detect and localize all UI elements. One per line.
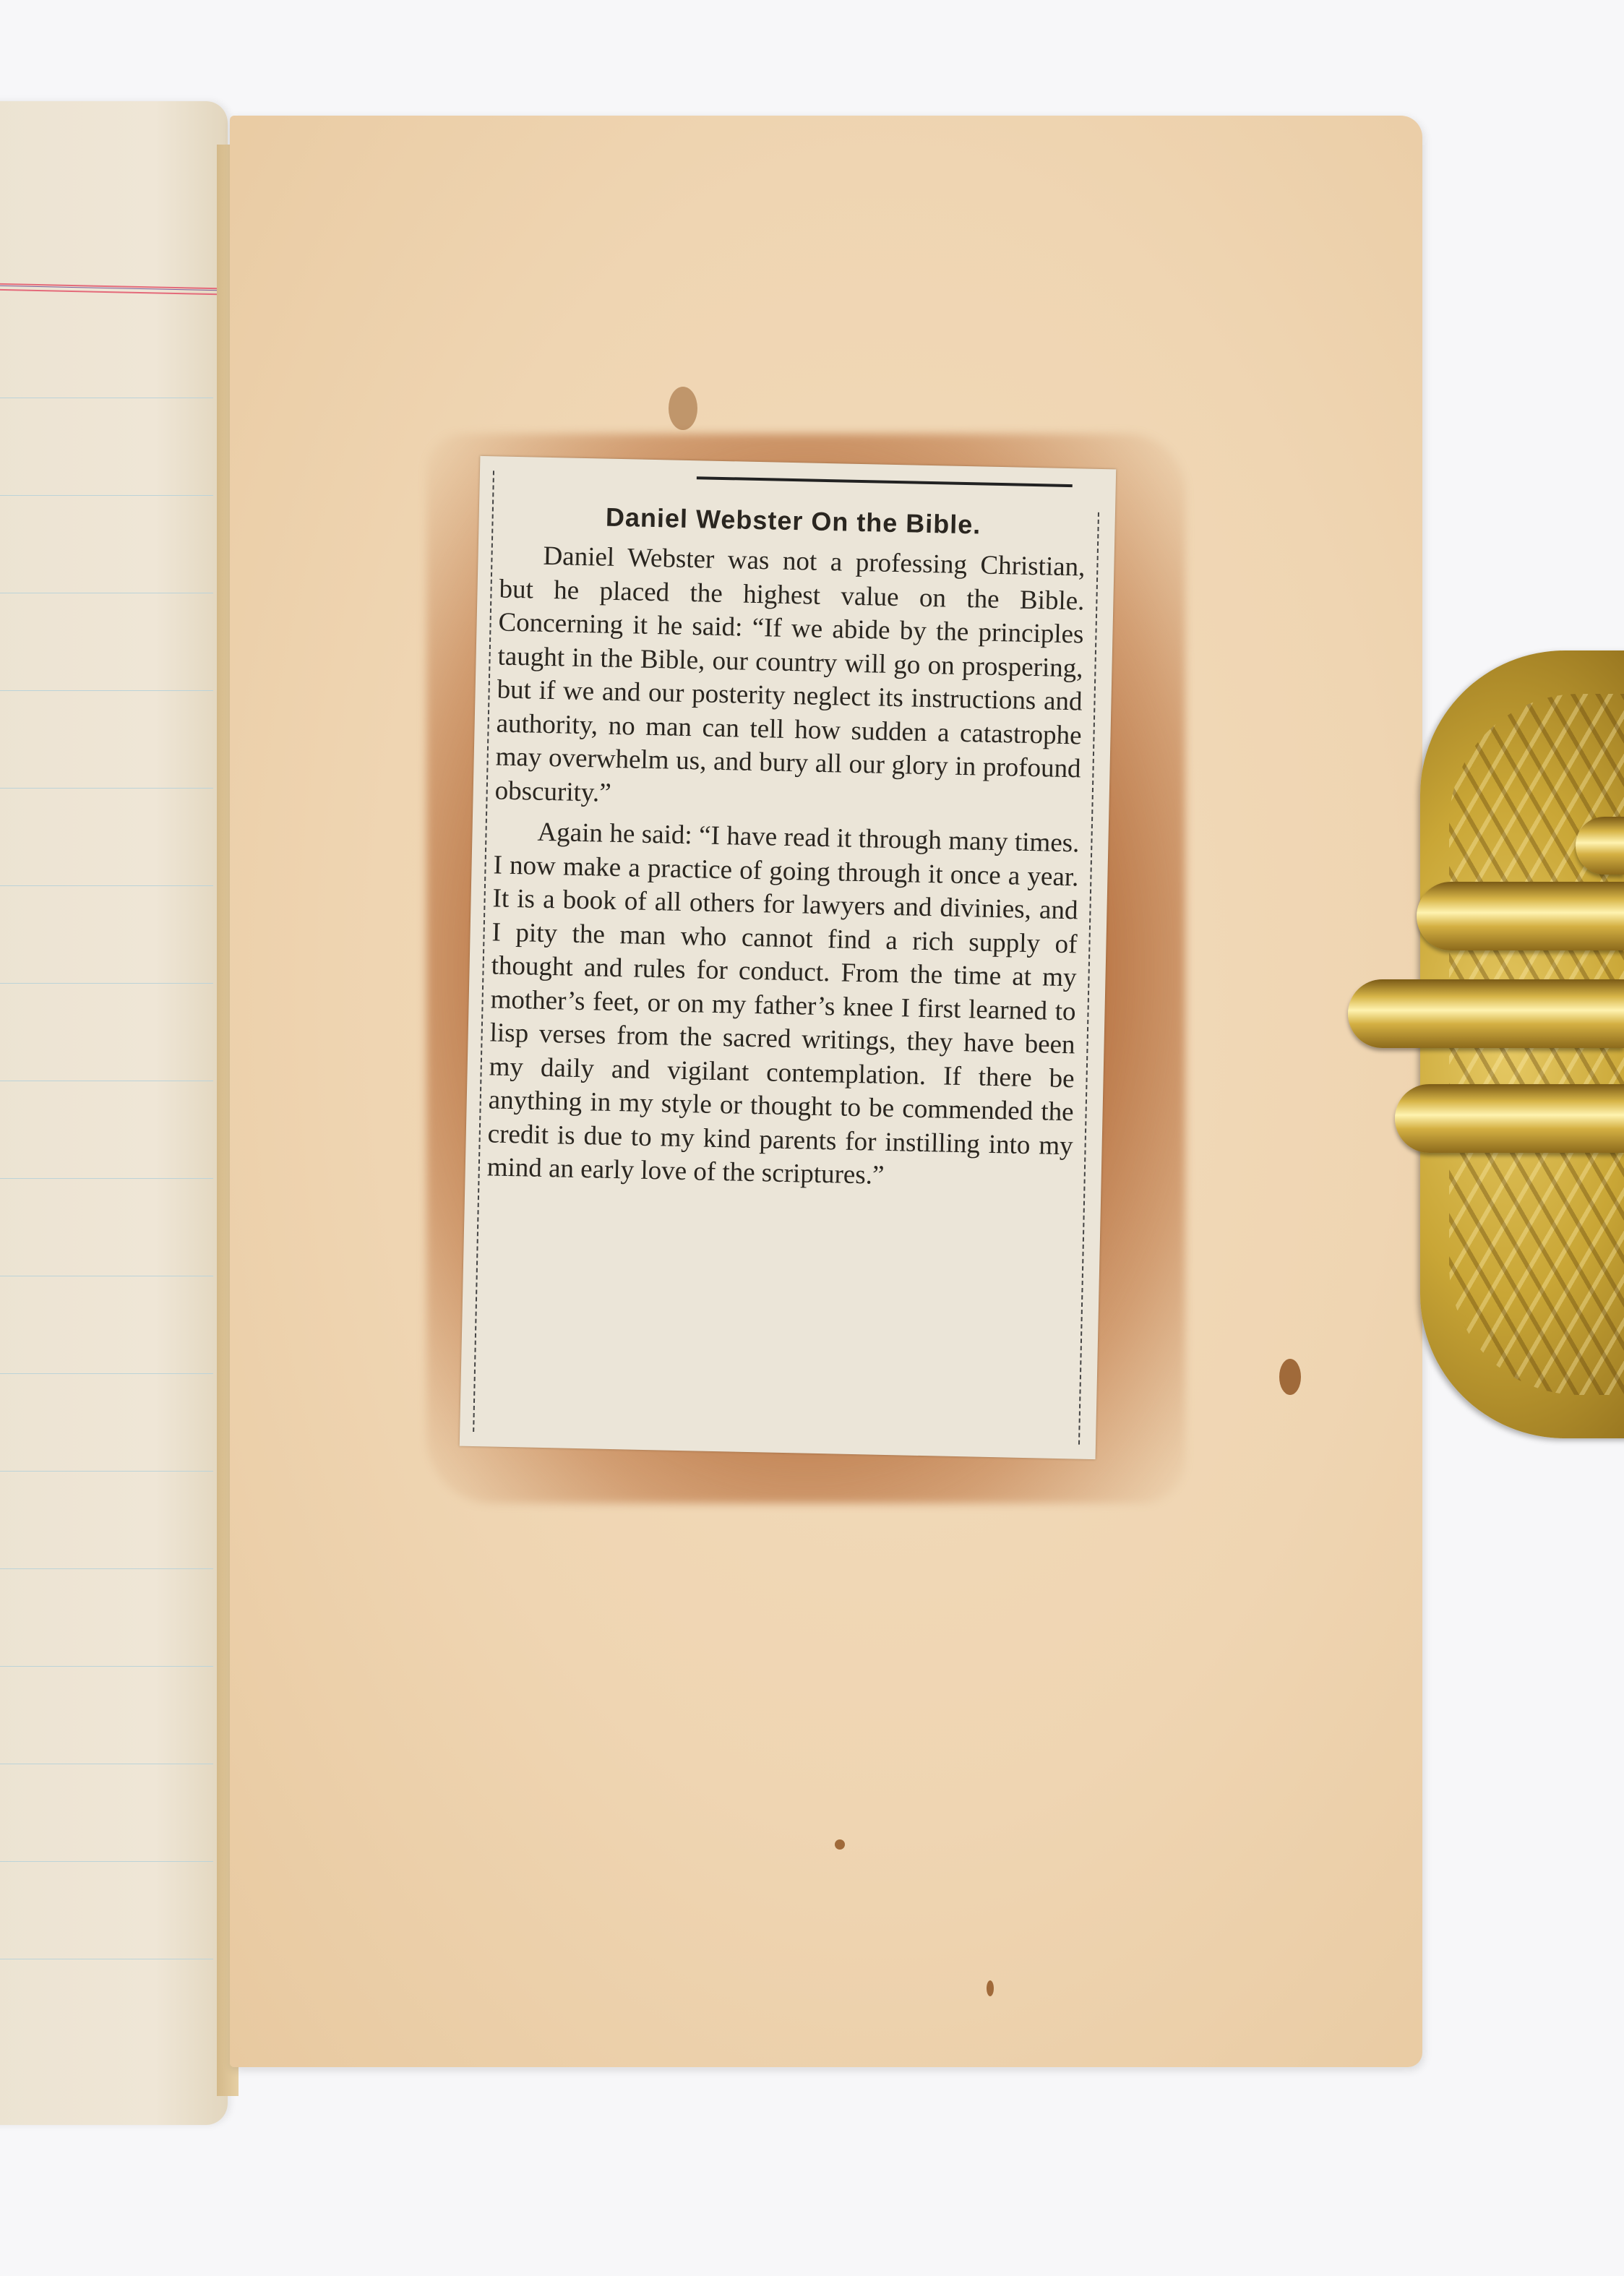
blue-line bbox=[0, 1471, 213, 1472]
clipping-top-rule bbox=[697, 476, 1073, 487]
left-notebook-page bbox=[0, 101, 228, 2125]
blue-line bbox=[0, 983, 213, 984]
clipping-paragraph: Daniel Webster was not a professing Chri… bbox=[494, 539, 1086, 820]
stain-spot bbox=[669, 387, 697, 430]
brass-clip-finger bbox=[1395, 1084, 1624, 1153]
brass-clip-finger bbox=[1417, 882, 1624, 950]
blue-line bbox=[0, 690, 213, 691]
blue-line bbox=[0, 1276, 213, 1276]
stain-spot bbox=[987, 1980, 994, 1996]
blue-line bbox=[0, 1764, 213, 1764]
clipping-paragraph: Again he said: “I have read it through m… bbox=[486, 815, 1080, 1196]
blue-line bbox=[0, 788, 213, 789]
blue-line bbox=[0, 495, 213, 496]
blue-line bbox=[0, 1081, 213, 1081]
blue-line bbox=[0, 1568, 213, 1569]
stain-spot bbox=[1279, 1359, 1301, 1395]
brass-clip-finger bbox=[1348, 979, 1624, 1048]
newspaper-clipping: Daniel Webster On the Bible. Daniel Webs… bbox=[460, 456, 1116, 1459]
photo-scene: Daniel Webster On the Bible. Daniel Webs… bbox=[0, 0, 1624, 2276]
blue-line bbox=[0, 885, 213, 886]
blue-line bbox=[0, 593, 213, 593]
blue-line bbox=[0, 398, 213, 398]
blue-line bbox=[0, 1959, 213, 1959]
blue-line bbox=[0, 1666, 213, 1667]
red-margin-rule bbox=[0, 283, 228, 295]
blue-line bbox=[0, 1178, 213, 1179]
stain-spot bbox=[835, 1839, 845, 1850]
clipping-headline: Daniel Webster On the Bible. bbox=[500, 500, 1086, 543]
blue-line bbox=[0, 1373, 213, 1374]
blue-line bbox=[0, 1861, 213, 1862]
